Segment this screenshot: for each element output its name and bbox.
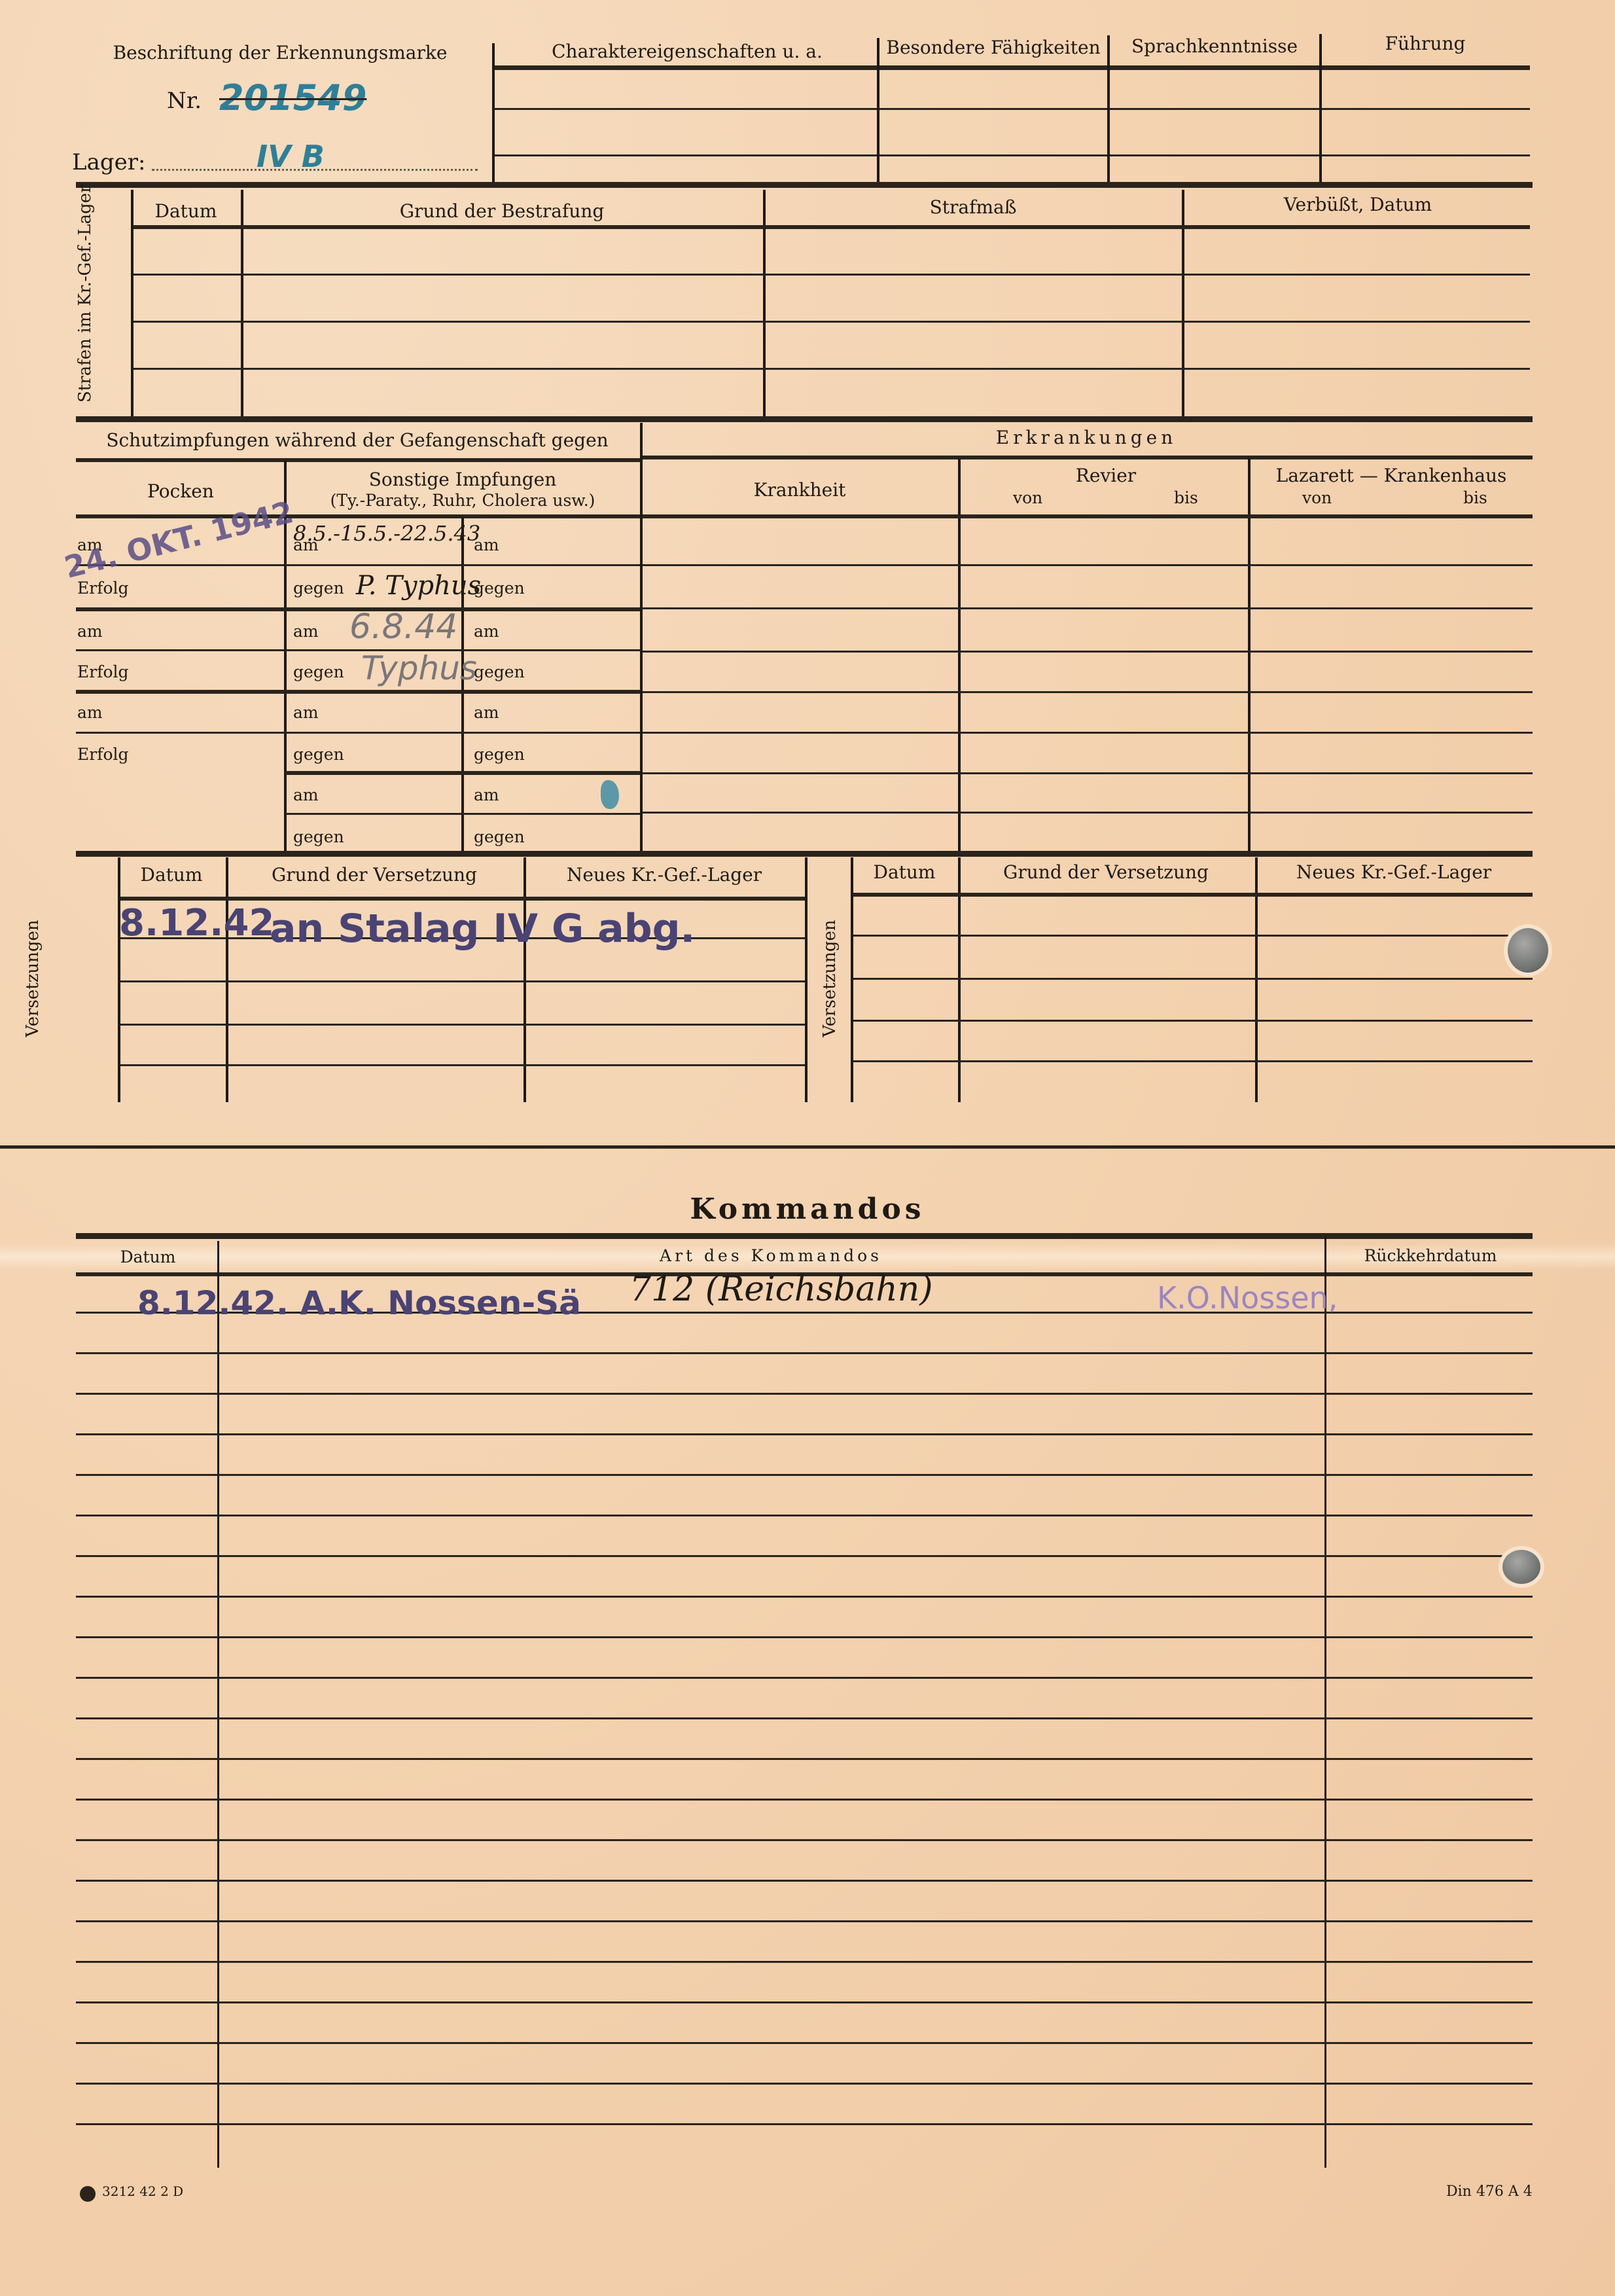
rule <box>133 274 1530 276</box>
sonstige-gegen-4: gegen <box>293 827 344 846</box>
table-row <box>76 1799 1533 1801</box>
sonstige-gegen-3: gegen <box>293 745 344 764</box>
rule <box>495 108 1530 110</box>
lazarett-bis: bis <box>1463 488 1487 507</box>
col-charaktereigenschaften: Charaktereigenschaften u. a. <box>552 41 823 62</box>
transfer-text-stamp: an Stalag IV G abg. <box>270 906 695 952</box>
kommando-entry-stamp: 8.12.42. A.K. Nossen-Sä <box>137 1284 581 1322</box>
kommando-ko-stamp: K.O.Nossen, <box>1157 1280 1338 1316</box>
illnesses-heading: Erkrankungen <box>996 427 1177 448</box>
sonstige-am-4: am <box>293 785 319 804</box>
lager-value: IV B <box>257 139 325 174</box>
col-krankheit: Krankheit <box>754 479 846 501</box>
rule <box>643 607 1533 609</box>
col-sonstige-sub: (Ty.-Paraty., Ruhr, Cholera usw.) <box>330 491 595 510</box>
section-rule <box>76 416 1533 422</box>
rule <box>643 772 1533 774</box>
rule <box>495 65 1530 70</box>
sonstige2-am-4: am <box>474 785 499 804</box>
vaccination-1-dates: 8.5.-15.5.-22.5.43 <box>293 521 480 546</box>
table-row <box>76 1677 1533 1679</box>
table-row <box>76 2123 1533 2125</box>
rule <box>76 649 640 651</box>
lazarett-von: von <box>1302 488 1332 507</box>
rule <box>285 771 640 775</box>
table-row <box>76 1393 1533 1395</box>
divider <box>217 1241 219 2168</box>
col-sprachkenntnisse: Sprachkenntnisse <box>1131 35 1298 57</box>
col-pocken: Pocken <box>147 480 214 502</box>
pocken-am-2: am <box>77 622 103 641</box>
pocken-am-3: am <box>77 703 103 722</box>
rule <box>853 935 1533 937</box>
rule <box>853 1020 1533 1022</box>
table-row <box>76 2042 1533 2044</box>
sonstige2-gegen-1: gegen <box>474 579 525 598</box>
vaccination-2-against: Typhus <box>361 649 477 687</box>
rule <box>643 812 1533 814</box>
col-lazarett-krankenhaus: Lazarett — Krankenhaus <box>1276 465 1507 486</box>
transfers-col-grund-1: Grund der Versetzung <box>272 864 477 886</box>
rule <box>120 1024 805 1026</box>
rule <box>120 897 805 901</box>
rule <box>643 651 1533 653</box>
section-rule <box>76 1233 1533 1239</box>
transfers-col-lager-1: Neues Kr.-Gef.-Lager <box>567 864 762 886</box>
rule <box>853 978 1533 980</box>
transfers-col-grund-2: Grund der Versetzung <box>1003 861 1209 883</box>
transfers-side-label-right: Versetzungen <box>820 913 840 1044</box>
revier-von: von <box>1013 488 1042 507</box>
fold-line <box>0 1145 1615 1149</box>
rule <box>76 690 640 694</box>
rule <box>853 1060 1533 1062</box>
ink-blot <box>601 780 619 809</box>
rule <box>495 154 1530 156</box>
rule <box>76 458 640 462</box>
sonstige2-am-3: am <box>474 703 499 722</box>
col-strafmass: Strafmaß <box>930 196 1017 218</box>
rule <box>133 321 1530 323</box>
col-fuehrung: Führung <box>1385 33 1466 54</box>
table-row <box>76 2001 1533 2003</box>
sonstige2-gegen-3: gegen <box>474 745 525 764</box>
rule <box>133 225 1530 229</box>
divider <box>640 423 643 852</box>
rule <box>133 368 1530 370</box>
sonstige2-am-2: am <box>474 622 499 641</box>
rule <box>643 456 1533 459</box>
revier-bis: bis <box>1174 488 1198 507</box>
pocken-erfolg-1: Erfolg <box>77 579 129 598</box>
transfers-col-datum-2: Datum <box>874 861 936 883</box>
rule <box>285 564 640 566</box>
table-row <box>76 1596 1533 1598</box>
punishments-side-label: Strafen im Kr.-Gef.-Lager <box>75 206 95 403</box>
col-verbuesst-datum: Verbüßt, Datum <box>1284 194 1432 215</box>
rule <box>76 514 640 518</box>
divider <box>1107 35 1110 186</box>
rule <box>120 980 805 982</box>
table-row <box>76 1433 1533 1435</box>
sonstige2-gegen-4: gegen <box>474 827 525 846</box>
pocken-erfolg-2: Erfolg <box>77 662 129 681</box>
rule <box>76 732 640 734</box>
vaccinations-heading: Schutzimpfungen während der Gefangenscha… <box>106 429 608 451</box>
divider <box>131 190 133 419</box>
divider <box>877 38 879 186</box>
lager-label: Lager: <box>72 149 145 175</box>
kommandos-col-art: Art des Kommandos <box>660 1246 882 1265</box>
col-revier: Revier <box>1076 465 1136 486</box>
section-rule <box>76 851 1533 857</box>
kommandos-title: Kommandos <box>690 1193 925 1226</box>
rule <box>120 1064 805 1066</box>
table-row <box>76 1758 1533 1760</box>
divider <box>1182 190 1184 419</box>
vaccination-2-date: 6.8.44 <box>349 607 457 647</box>
pow-number-value: 201549 <box>219 77 366 118</box>
sonstige2-gegen-2: gegen <box>474 662 525 681</box>
transfers-col-datum-1: Datum <box>141 864 203 886</box>
divider <box>241 190 243 419</box>
table-row <box>76 2083 1533 2085</box>
divider <box>805 857 807 1102</box>
rule <box>285 813 640 815</box>
transfers-col-lager-2: Neues Kr.-Gef.-Lager <box>1296 861 1491 883</box>
divider <box>1324 1237 1326 2168</box>
rule <box>643 514 1533 518</box>
punch-hole <box>1508 928 1548 973</box>
divider <box>1319 34 1322 186</box>
kommando-entry-handwritten: 712 (Reichsbahn) <box>630 1270 932 1309</box>
col-besondere-faehigkeiten: Besondere Fähigkeiten <box>886 37 1100 58</box>
kommandos-col-datum: Datum <box>120 1247 176 1266</box>
divider <box>763 190 766 419</box>
pocken-erfolg-3: Erfolg <box>77 745 129 764</box>
table-row <box>76 1839 1533 1841</box>
din-format: Din 476 A 4 <box>1446 2183 1533 2200</box>
sonstige-gegen-2: gegen <box>293 662 344 681</box>
rule <box>853 893 1533 897</box>
section-rule <box>76 182 1533 188</box>
table-row <box>76 1352 1533 1354</box>
rule <box>643 732 1533 734</box>
col-grund-der-bestrafung: Grund der Bestrafung <box>400 200 605 222</box>
transfer-date-stamp: 8.12.42 <box>119 902 274 944</box>
table-row <box>76 1555 1533 1557</box>
punch-hole <box>1502 1550 1540 1584</box>
transfers-side-label-left: Versetzungen <box>23 913 43 1044</box>
table-row <box>76 1920 1533 1922</box>
print-code: 3212 42 2 D <box>102 2183 183 2199</box>
divider <box>492 43 495 187</box>
rule <box>643 691 1533 693</box>
printer-logo-icon <box>80 2186 96 2202</box>
table-row <box>76 1880 1533 1882</box>
col-sonstige-impfungen: Sonstige Impfungen <box>369 469 557 490</box>
kommandos-col-rueckkehrdatum: Rückkehrdatum <box>1364 1246 1497 1265</box>
erkennungsmarke-heading: Beschriftung der Erkennungsmarke <box>113 42 448 63</box>
sonstige-gegen-1: gegen <box>293 579 344 598</box>
col-datum: Datum <box>155 200 217 222</box>
table-row <box>76 1961 1533 1963</box>
table-row <box>76 1474 1533 1476</box>
rule <box>643 564 1533 566</box>
table-row <box>76 1717 1533 1719</box>
nr-label: Nr. <box>167 88 202 114</box>
vaccination-1-against: P. Typhus <box>356 571 481 601</box>
table-row <box>76 1515 1533 1516</box>
table-row <box>76 1636 1533 1638</box>
sonstige-am-2: am <box>293 622 319 641</box>
sonstige-am-3: am <box>293 703 319 722</box>
